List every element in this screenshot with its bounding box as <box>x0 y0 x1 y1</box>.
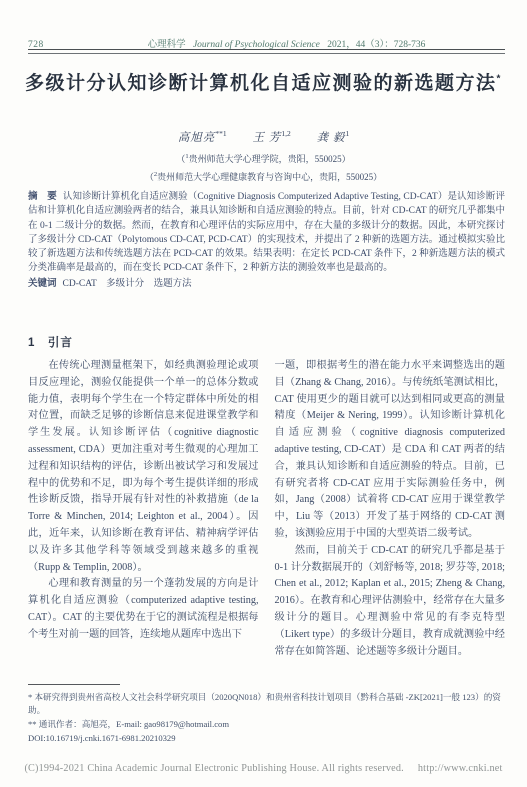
keywords-label: 关键词 <box>28 278 57 289</box>
abstract-text: 认知诊断计算机化自适应测验（Cognitive Diagnosis Comput… <box>28 192 505 273</box>
footnote-funding: * 本研究得到贵州省高校人文社会科学研究项目（2020QN018）和贵州省科技计… <box>28 691 505 717</box>
paren: （ <box>145 172 154 182</box>
body-columns: 在传统心理测量框架下，如经典测验理论或项目反应理论，测验仅能提供一个单一的总体分… <box>28 358 505 660</box>
paper-title-text: 多级计分认知诊断计算机化自适应测验的新选题方法 <box>25 73 497 94</box>
paragraph: 一题，即根据考生的潜在能力水平来调整选出的题目（Zhang & Chang, 2… <box>275 358 506 543</box>
affiliation-block: （1贵州师范大学心理学院，贵阳，550025） （2贵州师范大学心理健康教育与咨… <box>0 149 527 185</box>
journal-line: 心理科学 Journal of Psychological Science 20… <box>68 36 505 50</box>
copyright-text: (C)1994-2021 China Academic Journal Elec… <box>24 763 403 774</box>
footnote-correspondence: ** 通讯作者：高旭亮，E-mail: gao98179@hotmail.com <box>28 718 505 731</box>
section-heading: 1 引言 <box>28 334 73 350</box>
journal-scan-page: 728 心理科学 Journal of Psychological Scienc… <box>0 0 527 787</box>
paragraph: 心理和教育测量的另一个蓬勃发展的方向是计算机化自适应测验（computerize… <box>28 576 259 643</box>
keywords-text: CD-CAT 多级计分 选题方法 <box>63 279 192 289</box>
copyright-line: (C)1994-2021 China Academic Journal Elec… <box>0 763 527 774</box>
footnote-rule <box>28 684 120 685</box>
author-name: 王 芳 <box>252 132 281 144</box>
author-superscript: 1 <box>345 129 349 138</box>
affiliation-line: （2贵州师范大学心理健康教育与咨询中心，贵阳，550025） <box>0 167 527 185</box>
author: 王 芳1,2 <box>252 132 290 144</box>
footnote-block: * 本研究得到贵州省高校人文社会科学研究项目（2020QN018）和贵州省科技计… <box>28 684 505 746</box>
publisher-url: http://www.cnki.net <box>418 763 503 774</box>
author: 龚 毅1 <box>317 132 350 144</box>
author: 高旭亮**1 <box>178 132 227 144</box>
doi-line: DOI:10.16719/j.cnki.1671-6981.20210329 <box>28 732 505 745</box>
abstract-label: 摘 要 <box>28 191 57 202</box>
paragraph: 然而，目前关于 CD-CAT 的研究几乎都是基于 0-1 计分数据展开的（刘舒畅… <box>275 543 506 661</box>
keywords-line: 关键词CD-CAT 多级计分 选题方法 <box>28 277 505 291</box>
paragraph: 在传统心理测量框架下，如经典测验理论或项目反应理论，测验仅能提供一个单一的总体分… <box>28 358 259 576</box>
affiliation-text: 贵州师范大学心理学院，贵阳，550025） <box>189 154 351 164</box>
abstract-block: 摘 要认知诊断计算机化自适应测验（Cognitive Diagnosis Com… <box>28 190 505 291</box>
author-line: 高旭亮**1 王 芳1,2 龚 毅1 <box>0 129 527 145</box>
author-superscript: 1,2 <box>281 129 290 138</box>
paper-title: 多级计分认知诊断计算机化自适应测验的新选题方法* <box>20 68 507 95</box>
header-double-rule <box>28 49 505 54</box>
page-header: 728 心理科学 Journal of Psychological Scienc… <box>28 36 505 50</box>
affiliation-line: （1贵州师范大学心理学院，贵阳，550025） <box>0 149 527 167</box>
affiliation-text: 贵州师范大学心理健康教育与咨询中心，贵阳，550025） <box>157 172 382 182</box>
author-name: 龚 毅 <box>317 132 346 144</box>
author-name: 高旭亮 <box>178 132 216 144</box>
body-column-right: 一题，即根据考生的潜在能力水平来调整选出的题目（Zhang & Chang, 2… <box>275 358 506 660</box>
author-superscript: **1 <box>215 129 226 138</box>
title-footnote-marker: * <box>497 74 502 85</box>
body-column-left: 在传统心理测量框架下，如经典测验理论或项目反应理论，测验仅能提供一个单一的总体分… <box>28 358 259 660</box>
